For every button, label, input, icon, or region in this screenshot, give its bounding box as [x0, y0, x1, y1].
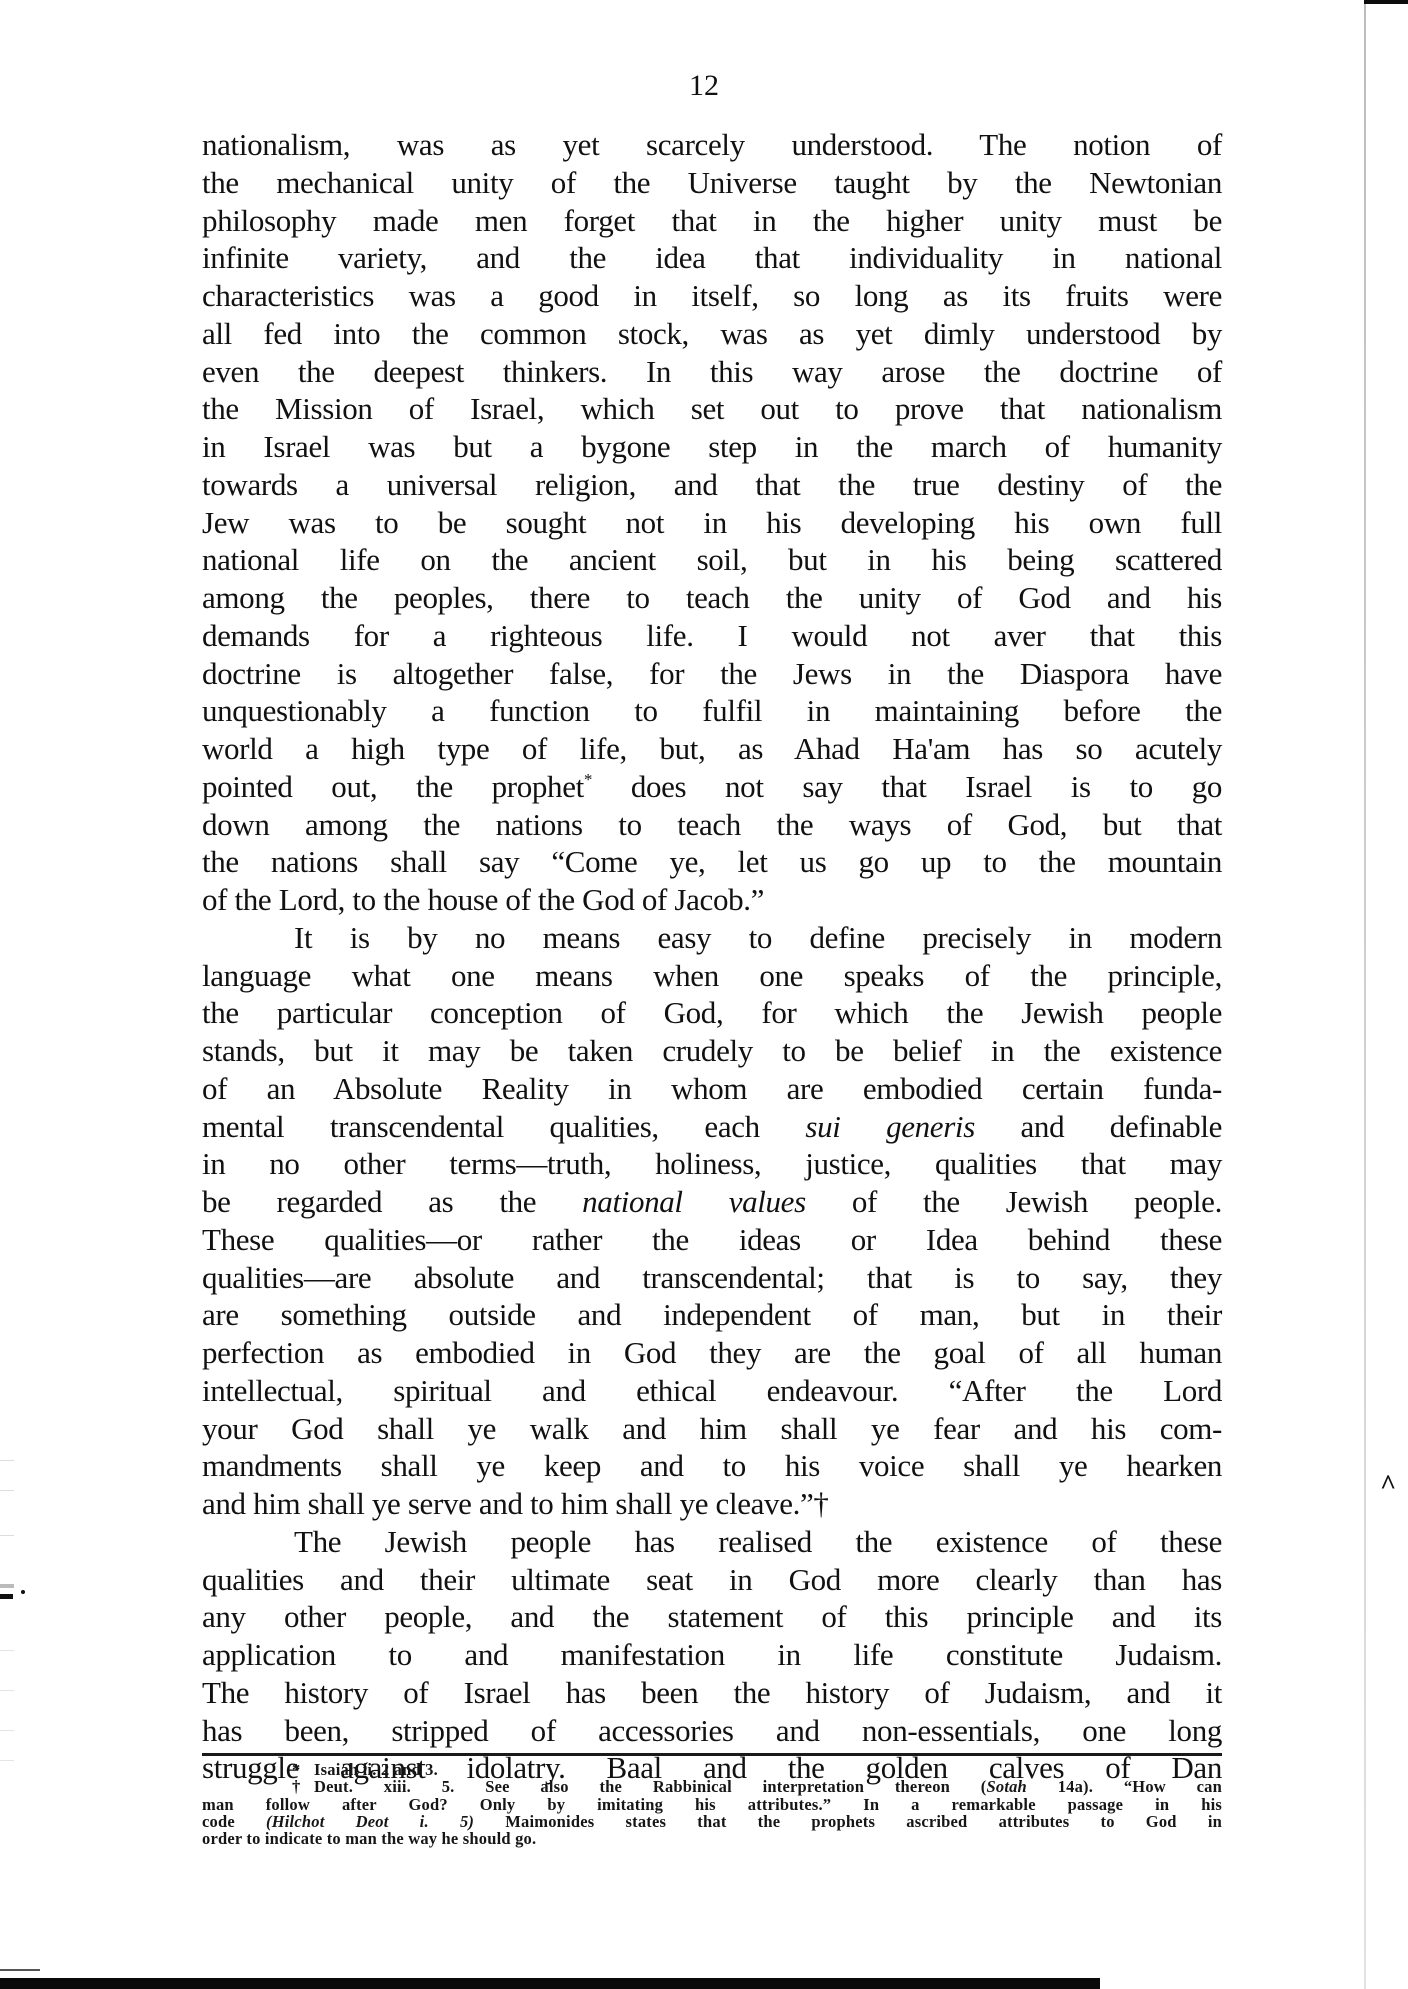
text-line: towards a universal religion, and that t…	[202, 466, 1222, 504]
footnote-text: code	[202, 1812, 266, 1831]
text-line: world a high type of life, but, as Ahad …	[202, 730, 1222, 768]
text-line: national life on the ancient soil, but i…	[202, 541, 1222, 579]
text-line: of an Absolute Reality in whom are embod…	[202, 1070, 1222, 1108]
text-line: all fed into the common stock, was as ye…	[202, 315, 1222, 353]
text-segment: pointed out, the prophet	[202, 769, 584, 804]
italic-phrase: sui generis	[805, 1109, 975, 1144]
text-line: mandments shall ye keep and to his voice…	[202, 1447, 1222, 1485]
text-line: Jew was to be sought not in his developi…	[202, 504, 1222, 542]
text-line: among the peoples, there to teach the un…	[202, 579, 1222, 617]
text-line: in no other terms—truth, holiness, justi…	[202, 1145, 1222, 1183]
text-line: in Israel was but a bygone step in the m…	[202, 428, 1222, 466]
italic-phrase: national values	[582, 1184, 806, 1219]
footnote-line: code (Hilchot Deot i. 5) Maimonides stat…	[202, 1813, 1222, 1830]
footnote-ref-dagger[interactable]: †	[813, 1486, 828, 1521]
text-line: the nations shall say “Come ye, let us g…	[202, 843, 1222, 881]
footnote-italic-citation: (Hilchot Deot i. 5)	[266, 1812, 474, 1831]
text-line: application to and manifestation in life…	[202, 1636, 1222, 1674]
left-margin-gray-dash	[0, 1584, 14, 1588]
text-line: even the deepest thinkers. In this way a…	[202, 353, 1222, 391]
text-line: are something outside and independent of…	[202, 1296, 1222, 1334]
text-line: stands, but it may be taken crudely to b…	[202, 1032, 1222, 1070]
text-segment: mental transcendental qualities, each	[202, 1109, 760, 1144]
text-line: perfection as embodied in God they are t…	[202, 1334, 1222, 1372]
text-line: any other people, and the statement of t…	[202, 1598, 1222, 1636]
text-line: unquestionably a function to fulfil in m…	[202, 692, 1222, 730]
text-line-with-footnote-ref: and him shall ye serve and to him shall …	[202, 1485, 1222, 1523]
footnote-ref-star[interactable]: *	[584, 770, 592, 789]
text-line: your God shall ye walk and him shall ye …	[202, 1410, 1222, 1448]
page-number: 12	[0, 66, 1408, 106]
scan-edge-line	[1364, 4, 1366, 1989]
footnote-divider	[202, 1753, 1222, 1756]
footnotes: *Isaiah ii. 2 and 3. †Deut. xiii. 5. See…	[202, 1761, 1222, 1847]
body-text: nationalism, was as yet scarcely underst…	[202, 126, 1222, 1787]
left-margin-dash	[0, 1594, 13, 1599]
left-margin-ticks	[0, 1460, 14, 1461]
footnote-text: Maimonides states that the prophets ascr…	[474, 1812, 1222, 1831]
paragraph-start-line: It is by no means easy to define precise…	[202, 919, 1222, 957]
footnote-item: †Deut. xiii. 5. See also the Rabbinical …	[202, 1778, 1222, 1795]
paragraph-start-line: The Jewish people has realised the exist…	[202, 1523, 1222, 1561]
text-segment: of the Jewish people.	[852, 1184, 1222, 1219]
text-line: has been, stripped of accessories and no…	[202, 1712, 1222, 1750]
text-line-with-italic: mental transcendental qualities, each su…	[202, 1108, 1222, 1146]
margin-caret-mark: ^	[1380, 1472, 1396, 1500]
footnote-symbol: *	[292, 1761, 314, 1778]
text-line: characteristics was a good in itself, so…	[202, 277, 1222, 315]
footnote-item: *Isaiah ii. 2 and 3.	[202, 1761, 1222, 1778]
text-line: the mechanical unity of the Universe tau…	[202, 164, 1222, 202]
text-line: The history of Israel has been the histo…	[202, 1674, 1222, 1712]
text-segment: and definable	[1021, 1109, 1222, 1144]
footnote-italic-source: Sotah	[987, 1777, 1027, 1796]
text-line: philosophy made men forget that in the h…	[202, 202, 1222, 240]
footnote-symbol: †	[292, 1778, 314, 1795]
text-segment: be regarded as the	[202, 1184, 536, 1219]
footnote-text: Deut. xiii. 5. See also the Rabbinical i…	[314, 1777, 987, 1796]
text-line: nationalism, was as yet scarcely underst…	[202, 126, 1222, 164]
text-line: intellectual, spiritual and ethical ende…	[202, 1372, 1222, 1410]
footnote-text: 14a). “How can	[1027, 1777, 1222, 1796]
text-line: language what one means when one speaks …	[202, 957, 1222, 995]
text-line: doctrine is altogether false, for the Je…	[202, 655, 1222, 693]
text-line-with-italic: be regarded as the national values of th…	[202, 1183, 1222, 1221]
scan-edge-bottom-thin	[0, 1969, 40, 1971]
text-line: qualities and their ultimate seat in God…	[202, 1561, 1222, 1599]
text-segment: and him shall ye serve and to him shall …	[202, 1486, 813, 1521]
scan-edge-corner	[1364, 0, 1408, 4]
text-line: of the Lord, to the house of the God of …	[202, 881, 1222, 919]
text-line: the Mission of Israel, which set out to …	[202, 390, 1222, 428]
text-line: the particular conception of God, for wh…	[202, 994, 1222, 1032]
text-segment: does not say that Israel is to go	[631, 769, 1222, 804]
scan-edge-bottom	[0, 1978, 1100, 1989]
text-line: demands for a righteous life. I would no…	[202, 617, 1222, 655]
text-line: infinite variety, and the idea that indi…	[202, 239, 1222, 277]
text-line: down among the nations to teach the ways…	[202, 806, 1222, 844]
footnote-line: man follow after God? Only by imitating …	[202, 1796, 1222, 1813]
text-line: qualities—are absolute and transcendenta…	[202, 1259, 1222, 1297]
footnote-line: order to indicate to man the way he shou…	[202, 1830, 1222, 1847]
text-line-with-footnote-ref: pointed out, the prophet* does not say t…	[202, 768, 1222, 806]
footnote-text: Isaiah ii. 2 and 3.	[314, 1760, 438, 1779]
text-line: These qualities—or rather the ideas or I…	[202, 1221, 1222, 1259]
left-margin-dot	[21, 1590, 25, 1594]
